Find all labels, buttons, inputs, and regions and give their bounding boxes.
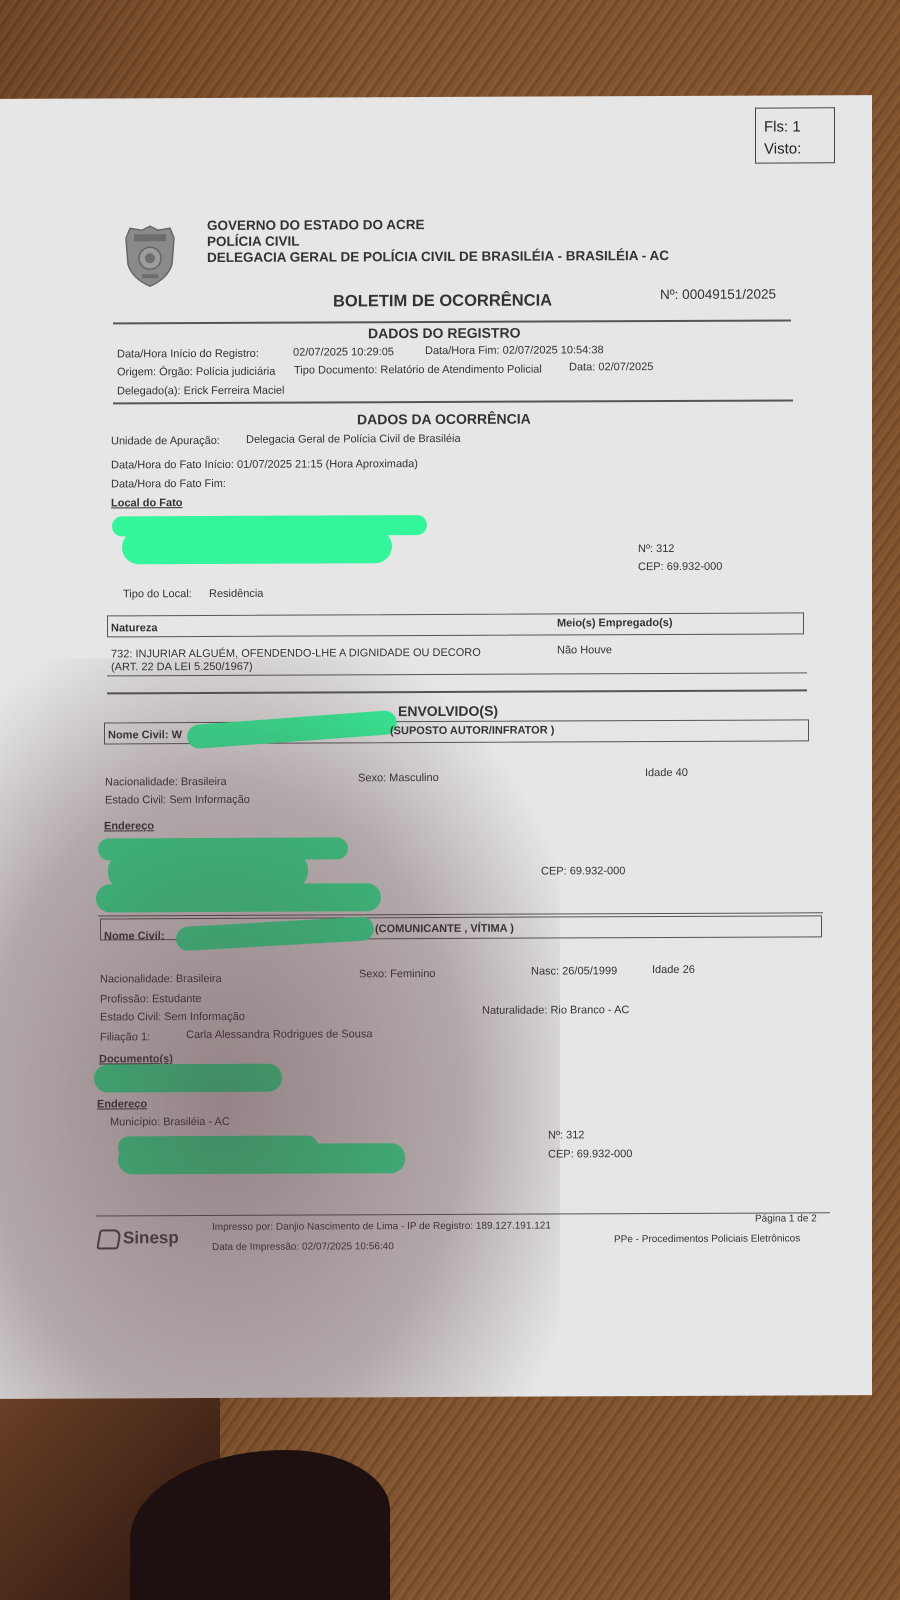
registro-inicio-value: 02/07/2025 10:29:05 bbox=[293, 346, 394, 358]
redaction-mark bbox=[96, 883, 381, 912]
footer-impresso-por: Impresso por: Danjio Nascimento de Lima … bbox=[212, 1220, 551, 1232]
sinesp-mark-icon bbox=[96, 1229, 122, 1249]
local-do-fato-label: Local do Fato bbox=[111, 497, 183, 509]
vitima-nasc: Nasc: 26/05/1999 bbox=[531, 965, 617, 977]
natureza-line2: (ART. 22 DA LEI 5.250/1967) bbox=[111, 661, 253, 674]
unidade-label: Unidade de Apuração: bbox=[111, 435, 220, 447]
vitima-nacionalidade: Nacionalidade: Brasileira bbox=[100, 973, 222, 986]
vitima-cep: CEP: 69.932-000 bbox=[548, 1148, 632, 1160]
natureza-header: Natureza bbox=[111, 622, 157, 634]
vitima-endereco-label: Endereço bbox=[97, 1098, 147, 1110]
section-title-envolvidos: ENVOLVIDO(S) bbox=[398, 703, 498, 719]
footer-pagina: Página 1 de 2 bbox=[755, 1213, 817, 1224]
tipo-local-value: Residência bbox=[209, 588, 263, 600]
autor-estado-civil: Estado Civil: Sem Informação bbox=[105, 794, 250, 807]
section-title-registro: DADOS DO REGISTRO bbox=[368, 325, 520, 342]
redaction-mark bbox=[122, 529, 392, 564]
registro-delegado: Delegado(a): Erick Ferreira Maciel bbox=[117, 385, 285, 398]
fls-label: Fls: 1 bbox=[764, 116, 826, 138]
redaction-mark bbox=[94, 1064, 282, 1093]
precinct-name: DELEGACIA GERAL DE POLÍCIA CIVIL DE BRAS… bbox=[207, 248, 669, 266]
autor-endereco-label: Endereço bbox=[104, 820, 154, 832]
sinesp-logo-text: Sinesp bbox=[123, 1228, 179, 1247]
autor-nome-label: Nome Civil: W bbox=[108, 729, 182, 741]
footer-data-impressao: Data de Impressão: 02/07/2025 10:56:40 bbox=[212, 1241, 394, 1253]
vitima-municipio: Município: Brasiléia - AC bbox=[110, 1116, 230, 1129]
autor-sexo: Sexo: Masculino bbox=[358, 772, 439, 784]
tipo-local-label: Tipo do Local: bbox=[123, 588, 192, 600]
divider bbox=[113, 399, 793, 404]
autor-cep: CEP: 69.932-000 bbox=[541, 865, 625, 877]
vitima-sexo: Sexo: Feminino bbox=[359, 968, 435, 980]
divider bbox=[113, 319, 791, 324]
vitima-numero: Nº: 312 bbox=[548, 1129, 584, 1141]
natureza-header-box bbox=[107, 612, 804, 637]
sinesp-logo: Sinesp bbox=[98, 1228, 179, 1249]
registro-origem: Origem: Órgão: Polícia judiciária bbox=[117, 366, 275, 379]
vitima-nome-label: Nome Civil: bbox=[104, 930, 165, 942]
registro-inicio-label: Data/Hora Início do Registro: bbox=[117, 348, 259, 361]
autor-nacionalidade: Nacionalidade: Brasileira bbox=[105, 776, 227, 789]
local-numero: Nº: 312 bbox=[638, 543, 674, 555]
government-name: GOVERNO DO ESTADO DO ACRE bbox=[207, 216, 669, 234]
vitima-naturalidade: Naturalidade: Rio Branco - AC bbox=[482, 1004, 629, 1017]
divider bbox=[107, 689, 807, 694]
vitima-papel: (COMUNICANTE , VÍTIMA ) bbox=[375, 923, 514, 936]
local-cep: CEP: 69.932-000 bbox=[638, 561, 722, 573]
vitima-filiacao-value: Carla Alessandra Rodrigues de Sousa bbox=[186, 1028, 373, 1041]
vitima-estado-civil: Estado Civil: Sem Informação bbox=[100, 1011, 245, 1024]
agency-header: GOVERNO DO ESTADO DO ACRE POLÍCIA CIVIL … bbox=[207, 216, 669, 266]
meios-header: Meio(s) Empregado(s) bbox=[557, 617, 673, 630]
report-number: Nº: 00049151/2025 bbox=[660, 287, 776, 303]
footer-sistema: PPe - Procedimentos Policiais Eletrônico… bbox=[614, 1233, 800, 1245]
divider bbox=[107, 672, 807, 676]
police-name: POLÍCIA CIVIL bbox=[207, 232, 669, 250]
registro-data: Data: 02/07/2025 bbox=[569, 361, 653, 373]
redaction-mark bbox=[118, 1143, 405, 1174]
registro-fim: Data/Hora Fim: 02/07/2025 10:54:38 bbox=[425, 344, 604, 357]
vitima-idade: Idade 26 bbox=[652, 964, 695, 976]
vitima-profissao: Profissão: Estudante bbox=[100, 993, 202, 1005]
section-title-ocorrencia: DADOS DA OCORRÊNCIA bbox=[357, 411, 531, 428]
redaction-mark bbox=[108, 855, 308, 888]
visto-label: Visto: bbox=[764, 138, 826, 160]
footer-divider bbox=[96, 1212, 830, 1216]
page-count-box: Fls: 1 Visto: bbox=[755, 107, 835, 163]
meios-value: Não Houve bbox=[557, 644, 612, 656]
fato-inicio: Data/Hora do Fato Início: 01/07/2025 21:… bbox=[111, 458, 418, 471]
autor-papel: (SUPOSTO AUTOR/INFRATOR ) bbox=[390, 724, 554, 737]
police-badge-icon bbox=[124, 224, 176, 288]
fato-fim: Data/Hora do Fato Fim: bbox=[111, 478, 226, 491]
police-report-document: Fls: 1 Visto: GOVERNO DO ESTADO DO ACRE … bbox=[0, 95, 872, 1399]
natureza-line1: 732: INJURIAR ALGUÉM, OFENDENDO-LHE A DI… bbox=[111, 647, 481, 661]
vitima-filiacao-label: Filiação 1: bbox=[100, 1031, 150, 1043]
autor-idade: Idade 40 bbox=[645, 767, 688, 779]
hand-shadow bbox=[0, 656, 560, 1398]
unidade-value: Delegacia Geral de Polícia Civil de Bras… bbox=[246, 433, 461, 446]
registro-tipo-documento: Tipo Documento: Relatório de Atendimento… bbox=[294, 364, 542, 377]
document-title: BOLETIM DE OCORRÊNCIA bbox=[333, 291, 552, 311]
